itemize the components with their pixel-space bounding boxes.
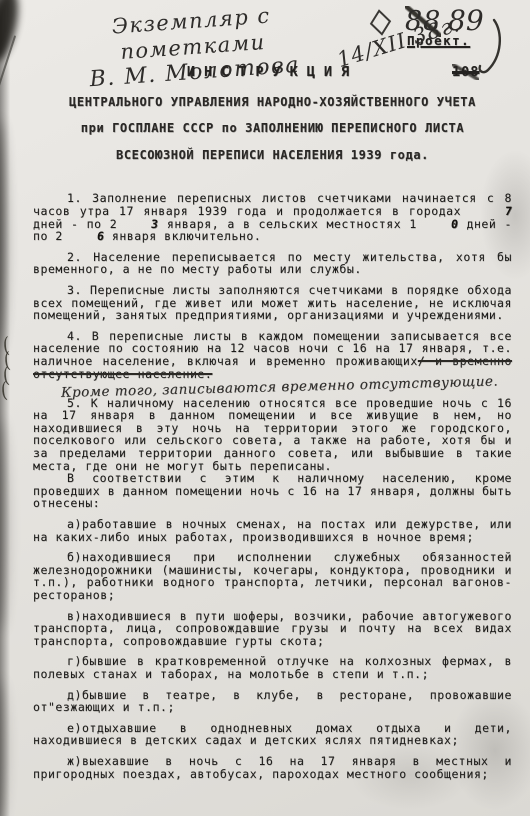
hand-corrected-number: 3 <box>116 218 159 231</box>
list-item-a: а)работавшие в ночных сменах, на постах … <box>33 518 512 543</box>
list-item-g: г)бывшие в кратковременной отлучке на ко… <box>33 655 512 680</box>
copy-note-line1: Экземпляр с пометками <box>111 4 271 64</box>
subtitle-line-2: при ГОСПЛАНЕ СССР по ЗАПОЛНЕНИЮ ПЕРЕПИСН… <box>33 122 512 135</box>
paragraph-2: 2. Население переписывается по месту жит… <box>33 251 512 276</box>
paragraph-1-text: 1. Заполнение переписных листов счетчика… <box>33 191 512 218</box>
paragraph-5-continuation: В соответствии с этим к наличному населе… <box>33 472 512 510</box>
list-item-e: е)отдыхавшие в однодневных домах отдыха … <box>33 722 512 747</box>
paragraph-1: 1. Заполнение переписных листов счетчика… <box>33 192 512 242</box>
hand-corrected-number: 7 <box>470 205 513 218</box>
list-item-d: д)бывшие в театре, в клубе, в ресторане,… <box>33 689 512 714</box>
hand-corrected-number: 6 <box>62 230 105 243</box>
paragraph-1-text: января включительно. <box>104 229 261 243</box>
list-item-b: б)находившиеся при исполнении служебных … <box>33 551 512 601</box>
typed-text-column: ИНСТРУКЦИЯ ЦЕНТРАЛЬНОГО УПРАВЛЕНИЯ НАРОД… <box>33 66 512 788</box>
document-title: ИНСТРУКЦИЯ <box>33 66 512 79</box>
list-item-v: в)находившиеся в пути шоферы, возчики, р… <box>33 610 512 648</box>
scanned-document-page: Экземпляр с пометками В. М. Молотова 88 … <box>0 0 530 816</box>
list-item-zh: ж)выехавшие в ночь с 16 на 17 января в м… <box>33 755 512 780</box>
subtitle-line-3: ВСЕСОЮЗНОЙ ПЕРЕПИСИ НАСЕЛЕНИЯ 1939 года. <box>33 149 512 162</box>
hand-corrected-number: 0 <box>416 218 459 231</box>
paragraph-3: 3. Переписные листы заполняются счетчика… <box>33 284 512 322</box>
paragraph-5: 5. К наличному населению относятся все п… <box>33 397 512 473</box>
paragraph-4: 4. В переписные листы в каждом помещении… <box>33 330 512 380</box>
subtitle-line-1: ЦЕНТРАЛЬНОГО УПРАВЛЕНИЯ НАРОДНО-ХОЗЯЙСТВ… <box>33 96 512 109</box>
